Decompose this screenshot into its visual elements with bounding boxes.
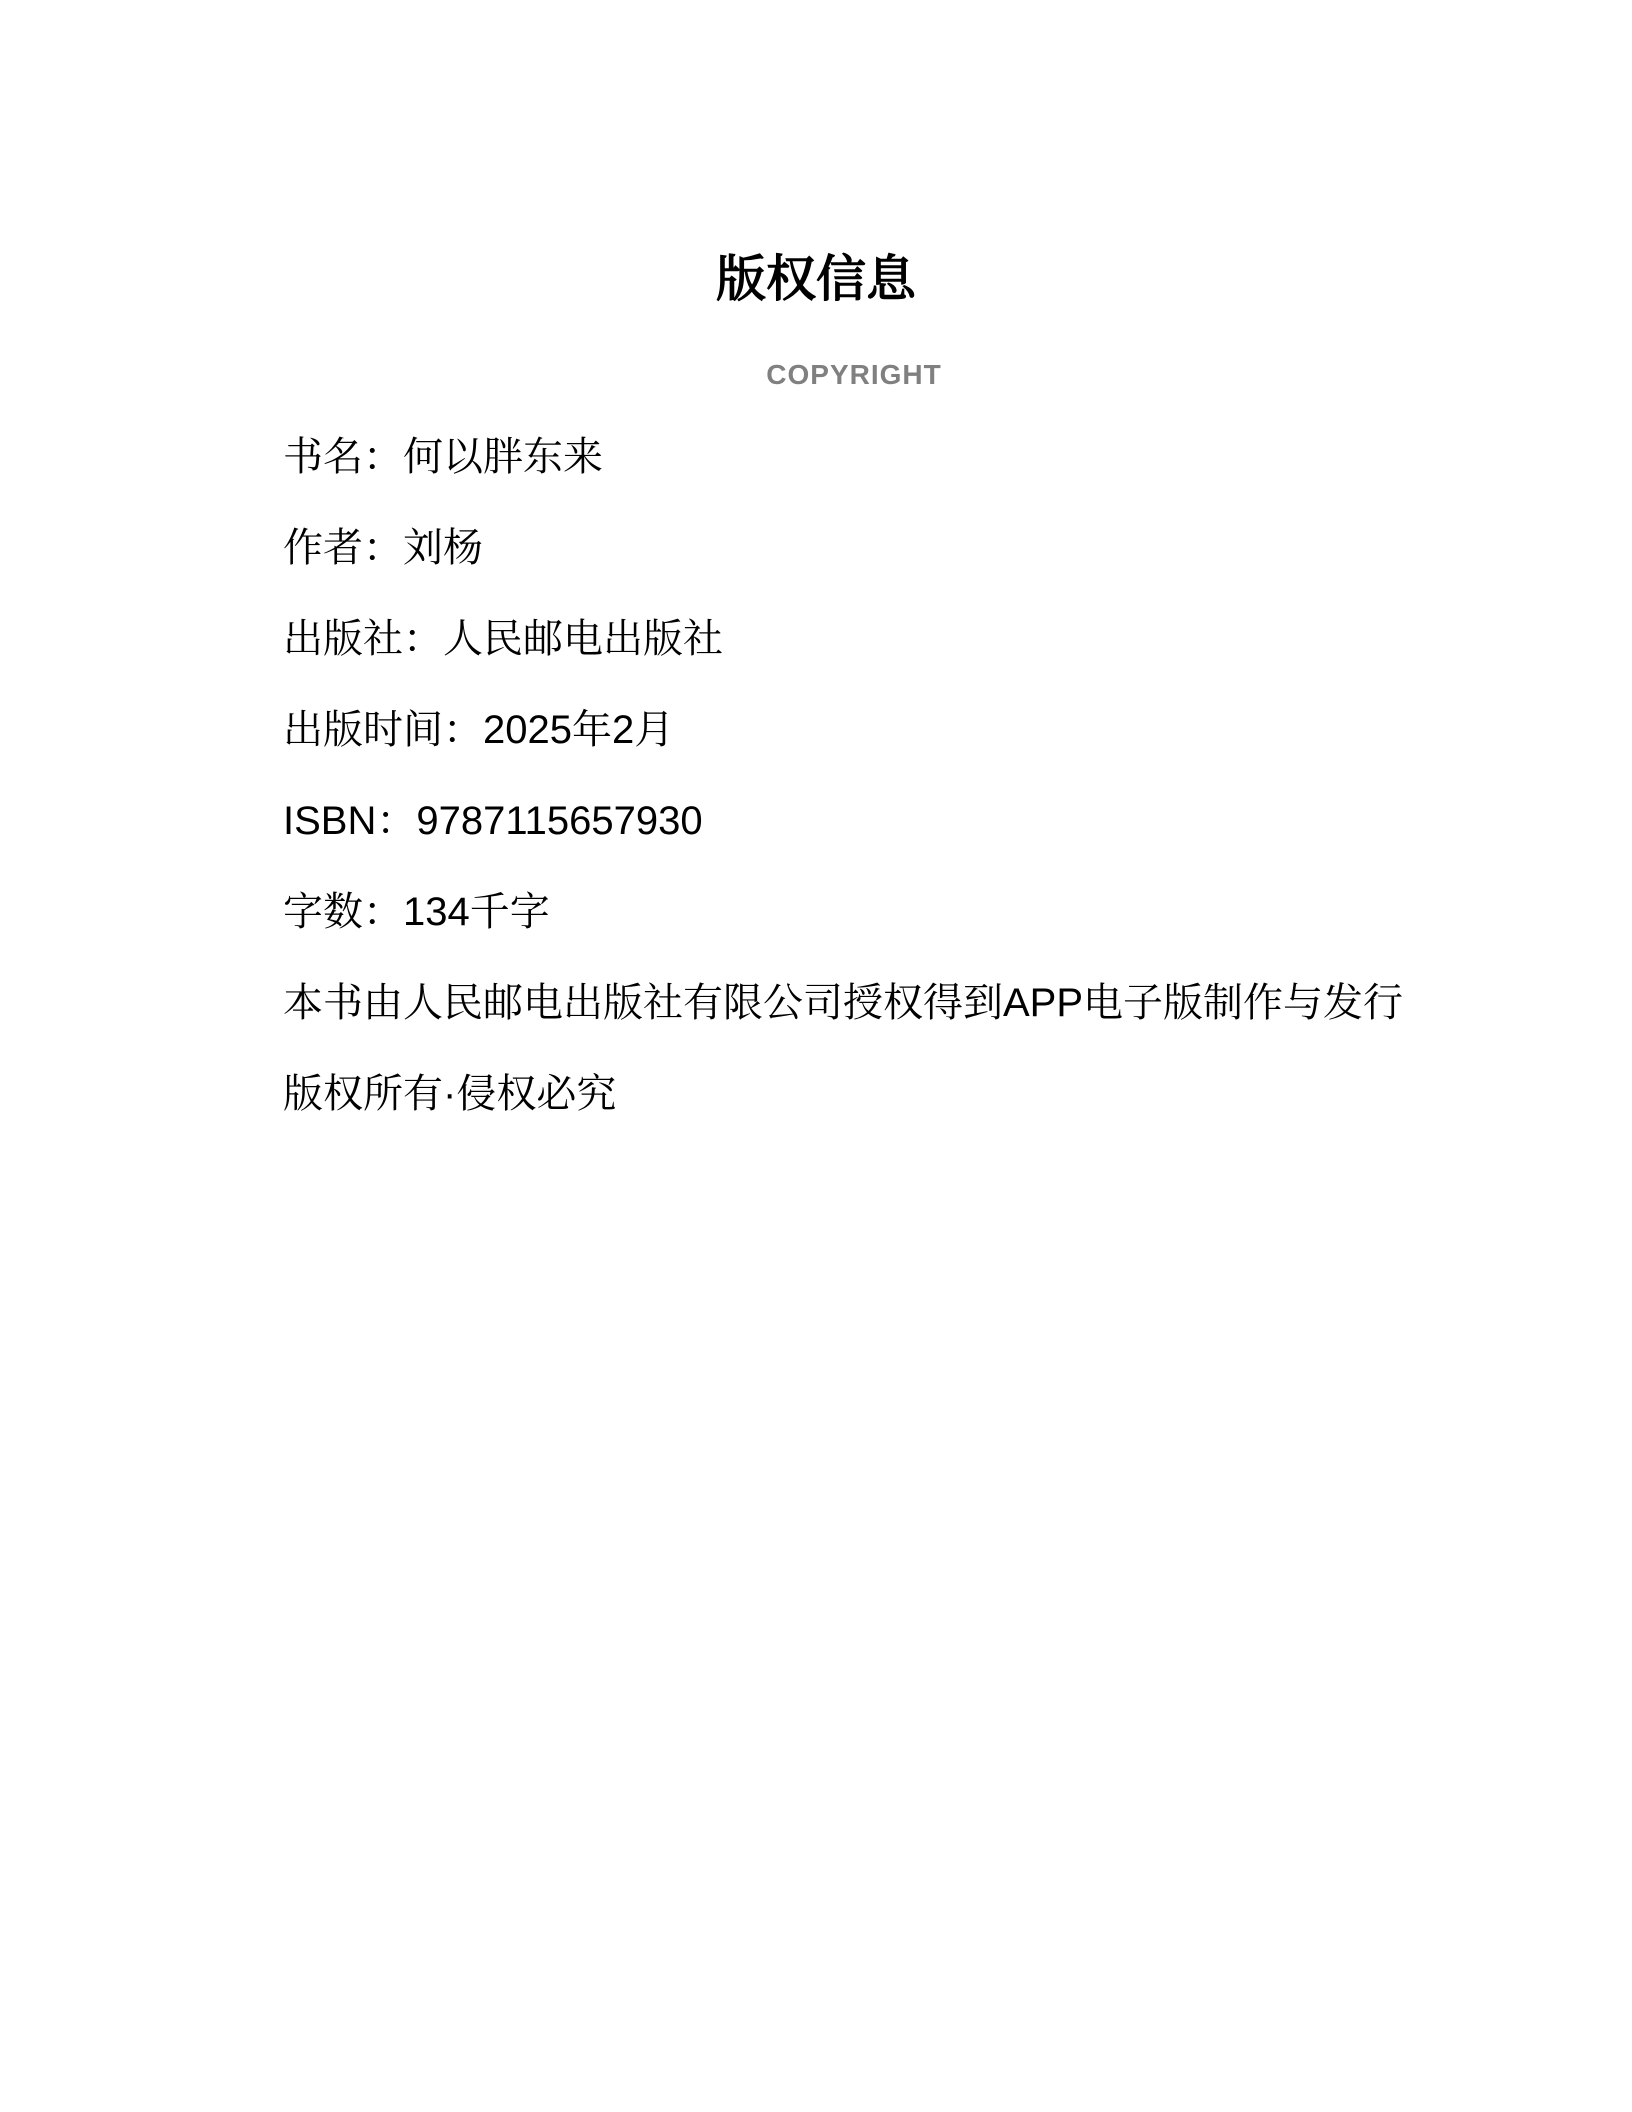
field-row-publisher: 出版社：人民邮电出版社: [283, 594, 1542, 685]
field-separator: ：: [376, 799, 416, 843]
copyright-page: 版权信息 COPYRIGHT 书名：何以胖东来 作者：刘杨 出版社：人民邮电出版…: [0, 0, 1632, 2112]
field-value: 刘杨: [403, 526, 483, 570]
field-separator: ：: [363, 890, 403, 934]
license-note: 本书由人民邮电出版社有限公司授权得到APP电子版制作与发行: [283, 958, 1542, 1049]
field-value: 134千字: [403, 890, 550, 934]
book-info-block: 书名：何以胖东来 作者：刘杨 出版社：人民邮电出版社 出版时间：2025年2月 …: [283, 412, 1542, 1140]
field-separator: ：: [363, 526, 403, 570]
field-separator: ：: [403, 617, 443, 661]
field-row-isbn: ISBN：9787115657930: [283, 776, 1542, 867]
field-label: 字数: [283, 890, 363, 934]
field-label: 书名: [283, 435, 363, 479]
field-label: 作者: [283, 526, 363, 570]
field-label: 出版时间: [283, 708, 443, 752]
field-row-author: 作者：刘杨: [283, 503, 1542, 594]
field-value: 2025年2月: [483, 708, 674, 752]
field-separator: ：: [443, 708, 483, 752]
field-value: 人民邮电出版社: [443, 617, 723, 661]
field-row-publish-date: 出版时间：2025年2月: [283, 685, 1542, 776]
field-label: ISBN: [283, 799, 376, 843]
field-row-word-count: 字数：134千字: [283, 867, 1542, 958]
rights-reserved-note: 版权所有·侵权必究: [283, 1049, 1542, 1140]
field-value: 9787115657930: [416, 799, 702, 843]
page-title: 版权信息: [0, 248, 1632, 310]
field-row-book-name: 书名：何以胖东来: [283, 412, 1542, 503]
field-separator: ：: [363, 435, 403, 479]
field-value: 何以胖东来: [403, 435, 603, 479]
page-subtitle: COPYRIGHT: [38, 357, 1632, 393]
field-label: 出版社: [283, 617, 403, 661]
